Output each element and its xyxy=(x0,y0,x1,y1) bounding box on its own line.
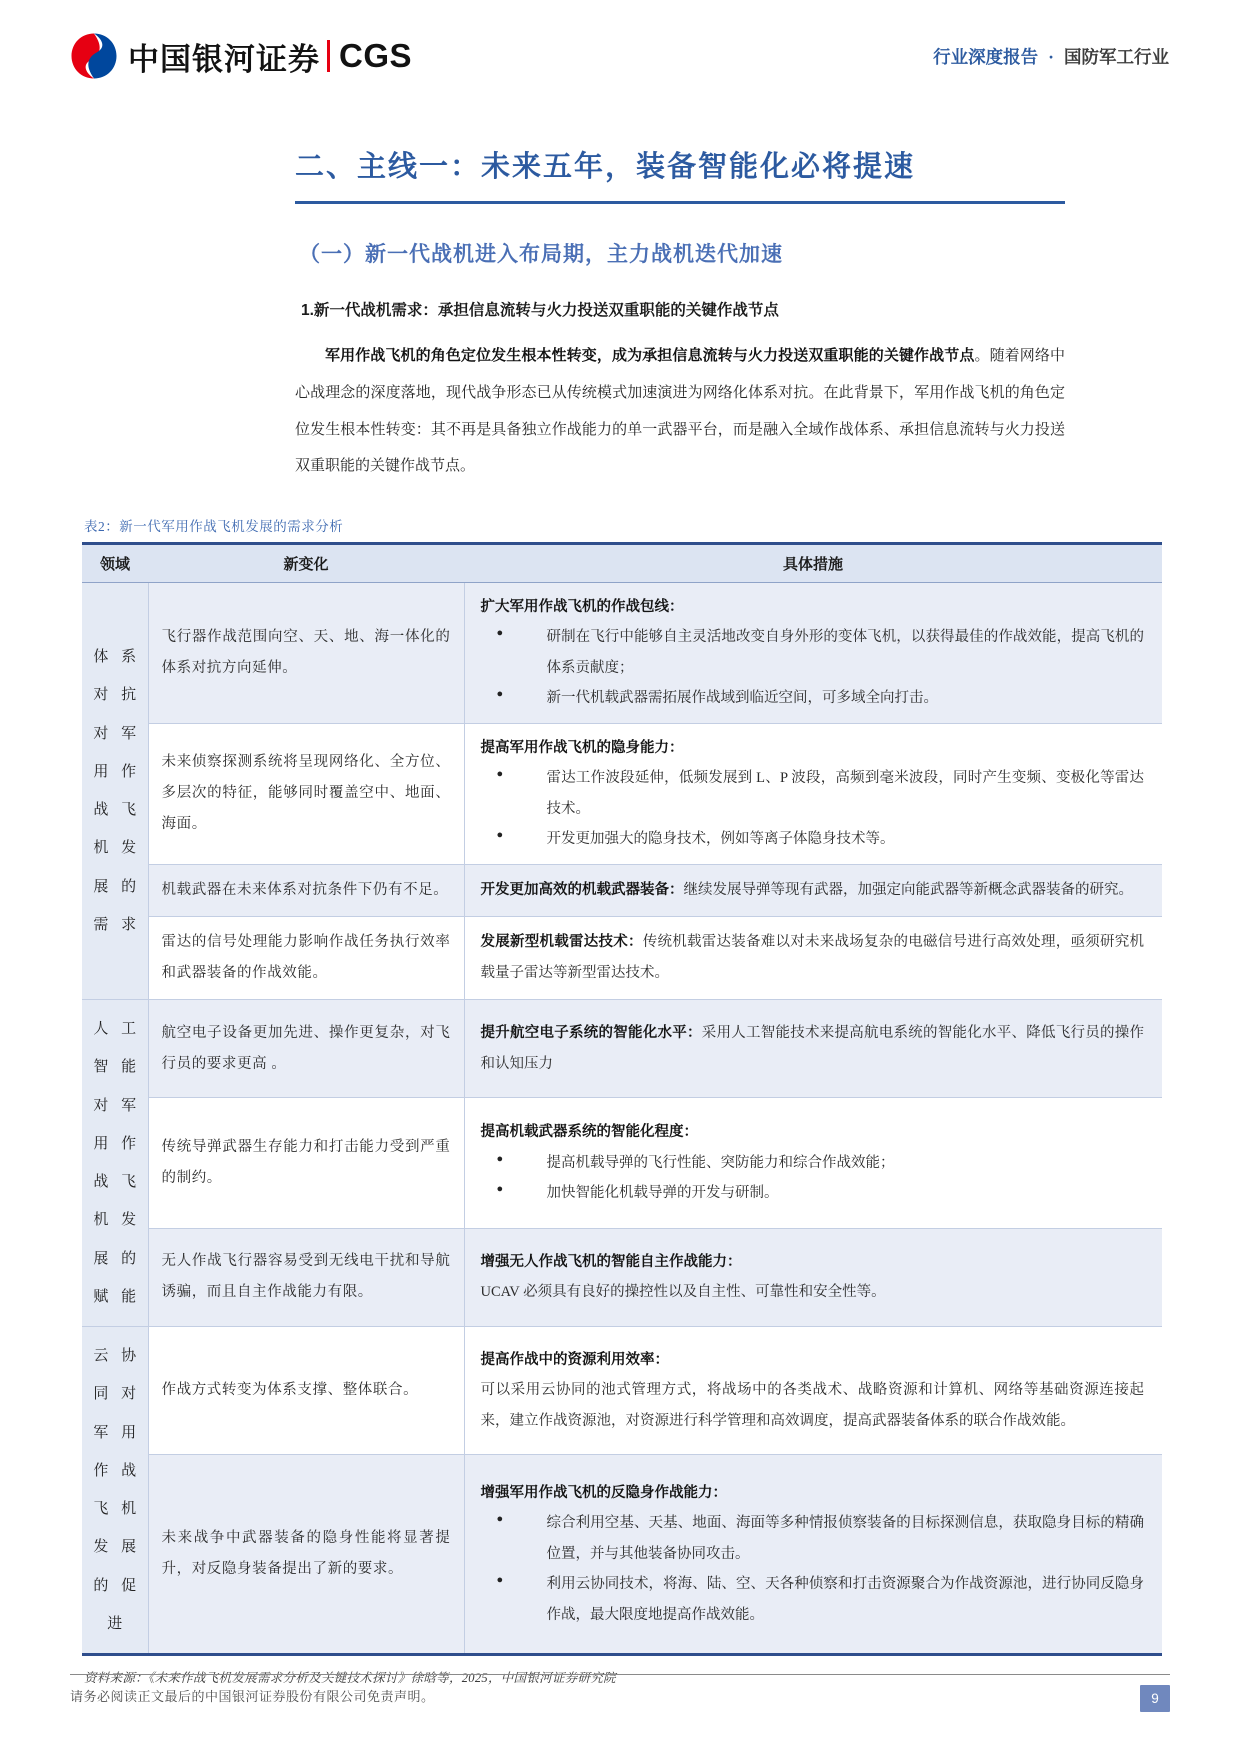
measure-title: 增强军用作战飞机的反隐身作战能力： xyxy=(481,1478,1145,1508)
measure-title: 提高军用作战飞机的隐身能力： xyxy=(481,733,1145,763)
page-footer: 请务必阅读正文最后的中国银河证券股份有限公司免责声明。 9 xyxy=(70,1674,1170,1712)
change-cell: 传统导弹武器生存能力和打击能力受到严重的制约。 xyxy=(148,1098,464,1228)
galaxy-logo-icon xyxy=(70,32,118,80)
requirements-table: 领域 新变化 具体措施 体 系 对 抗 对 军 用 作 战 飞 机 发 展 的 … xyxy=(82,542,1162,1656)
report-type: 行业深度报告 xyxy=(933,47,1038,67)
measure-cell: 开发更加高效的机载武器装备：继续发展导弹等现有武器，加强定向能武器等新概念武器装… xyxy=(464,864,1162,916)
bullet-icon: ● xyxy=(481,763,547,824)
bullet-item: ●开发更加强大的隐身技术，例如等离子体隐身技术等。 xyxy=(481,824,1145,854)
chapter-title: 二、主线一：未来五年，装备智能化必将提速 xyxy=(295,144,1065,204)
separator-dot: · xyxy=(1048,47,1054,67)
domain-label-ai-empowerment: 人 工 智 能 对 军 用 作 战 飞 机 发 展 的 赋 能 xyxy=(82,1000,148,1327)
bullet-icon: ● xyxy=(481,1178,547,1208)
measure-cell: 增强军用作战飞机的反隐身作战能力： ●综合利用空基、天基、地面、海面等多种情报侦… xyxy=(464,1455,1162,1655)
column-header-measure: 具体措施 xyxy=(464,544,1162,583)
change-cell: 航空电子设备更加先进、操作更复杂，对飞行员的要求更高 。 xyxy=(148,1000,464,1098)
bullet-text: 提高机载导弹的飞行性能、突防能力和综合作战效能； xyxy=(547,1148,1145,1178)
measure-cell: 发展新型机载雷达技术：传统机载雷达装备难以对未来战场复杂的电磁信号进行高效处理，… xyxy=(464,916,1162,999)
change-cell: 雷达的信号处理能力影响作战任务执行效率和武器装备的作战效能。 xyxy=(148,916,464,999)
measure-text: 可以采用云协同的池式管理方式，将战场中的各类战术、战略资源和计算机、网络等基础资… xyxy=(481,1375,1145,1436)
brand-name-cn: 中国银河证券 xyxy=(128,34,320,79)
table-block: 表2：新一代军用作战飞机发展的需求分析 领域 新变化 具体措施 体 系 对 抗 … xyxy=(82,515,1162,1686)
change-cell: 机载武器在未来体系对抗条件下仍有不足。 xyxy=(148,864,464,916)
bullet-text: 开发更加强大的隐身技术，例如等离子体隐身技术等。 xyxy=(547,824,1145,854)
measure-title: 发展新型机载雷达技术： xyxy=(481,934,643,950)
measure-title: 提升航空电子系统的智能化水平： xyxy=(481,1025,702,1041)
bullet-item: ●综合利用空基、天基、地面、海面等多种情报侦察装备的目标探测信息，获取隐身目标的… xyxy=(481,1508,1145,1569)
measure-title: 开发更加高效的机载武器装备： xyxy=(481,882,684,898)
intro-paragraph-rest: 。随着网络中心战理念的深度落地，现代战争形态已从传统模式加速演进为网络化体系对抗… xyxy=(295,348,1065,474)
intro-paragraph: 军用作战飞机的角色定位发生根本性转变，成为承担信息流转与火力投送双重职能的关键作… xyxy=(295,338,1065,485)
table-row: 未来侦察探测系统将呈现网络化、全方位、多层次的特征，能够同时覆盖空中、地面、海面… xyxy=(82,723,1162,864)
column-header-domain: 领域 xyxy=(82,544,148,583)
bullet-text: 利用云协同技术，将海、陆、空、天各种侦察和打击资源聚合为作战资源池，进行协同反隐… xyxy=(547,1569,1145,1630)
table-row: 云 协 同 对 军 用 作 战 飞 机 发 展 的 促 进 作战方式转变为体系支… xyxy=(82,1327,1162,1455)
bullet-icon: ● xyxy=(481,824,547,854)
measure-cell: 提高作战中的资源利用效率： 可以采用云协同的池式管理方式，将战场中的各类战术、战… xyxy=(464,1327,1162,1455)
table-row: 传统导弹武器生存能力和打击能力受到严重的制约。 提高机载武器系统的智能化程度： … xyxy=(82,1098,1162,1228)
table-row: 体 系 对 抗 对 军 用 作 战 飞 机 发 展 的 需 求 飞行器作战范围向… xyxy=(82,583,1162,724)
disclaimer-text: 请务必阅读正文最后的中国银河证券股份有限公司免责声明。 xyxy=(70,1686,435,1705)
page-main: 二、主线一：未来五年，装备智能化必将提速 （一）新一代战机进入布局期，主力战机迭… xyxy=(0,144,1241,1686)
table-header-row: 领域 新变化 具体措施 xyxy=(82,544,1162,583)
bullet-item: ●加快智能化机载导弹的开发与研制。 xyxy=(481,1178,1145,1208)
column-header-change: 新变化 xyxy=(148,544,464,583)
bullet-item: ●提高机载导弹的飞行性能、突防能力和综合作战效能； xyxy=(481,1148,1145,1178)
page-number-badge: 9 xyxy=(1140,1685,1170,1712)
article-block: 二、主线一：未来五年，装备智能化必将提速 （一）新一代战机进入布局期，主力战机迭… xyxy=(295,144,1065,485)
table-caption: 表2：新一代军用作战飞机发展的需求分析 xyxy=(84,515,1162,535)
bullet-text: 综合利用空基、天基、地面、海面等多种情报侦察装备的目标探测信息，获取隐身目标的精… xyxy=(547,1508,1145,1569)
change-cell: 作战方式转变为体系支撑、整体联合。 xyxy=(148,1327,464,1455)
measure-inline-text: 继续发展导弹等现有武器，加强定向能武器等新概念武器装备的研究。 xyxy=(684,882,1134,898)
table-row: 雷达的信号处理能力影响作战任务执行效率和武器装备的作战效能。 发展新型机载雷达技… xyxy=(82,916,1162,999)
intro-paragraph-lead: 军用作战飞机的角色定位发生根本性转变，成为承担信息流转与火力投送双重职能的关键作… xyxy=(325,348,974,364)
change-cell: 未来侦察探测系统将呈现网络化、全方位、多层次的特征，能够同时覆盖空中、地面、海面… xyxy=(148,723,464,864)
measure-text: 开发更加高效的机载武器装备：继续发展导弹等现有武器，加强定向能武器等新概念武器装… xyxy=(481,875,1145,905)
bullet-item: ●利用云协同技术，将海、陆、空、天各种侦察和打击资源聚合为作战资源池，进行协同反… xyxy=(481,1569,1145,1630)
table-row: 机载武器在未来体系对抗条件下仍有不足。 开发更加高效的机载武器装备：继续发展导弹… xyxy=(82,864,1162,916)
bullet-icon: ● xyxy=(481,683,547,713)
domain-label-system-confrontation: 体 系 对 抗 对 军 用 作 战 飞 机 发 展 的 需 求 xyxy=(82,583,148,1000)
measure-text: UCAV 必须具有良好的操控性以及自主性、可靠性和安全性等。 xyxy=(481,1277,1145,1307)
measure-cell: 扩大军用作战飞机的作战包线： ●研制在飞行中能够自主灵活地改变自身外形的变体飞机… xyxy=(464,583,1162,724)
table-row: 无人作战飞行器容易受到无线电干扰和导航诱骗，而且自主作战能力有限。 增强无人作战… xyxy=(82,1228,1162,1326)
page-header: 中国银河证券 CGS 行业深度报告·国防军工行业 xyxy=(70,30,1169,82)
bullet-text: 新一代机载武器需拓展作战域到临近空间，可多域全向打击。 xyxy=(547,683,1145,713)
measure-title: 增强无人作战飞机的智能自主作战能力： xyxy=(481,1247,1145,1277)
brand-divider xyxy=(327,40,330,72)
measure-text: 发展新型机载雷达技术：传统机载雷达装备难以对未来战场复杂的电磁信号进行高效处理，… xyxy=(481,927,1145,988)
bullet-text: 雷达工作波段延伸，低频发展到 L、P 波段，高频到毫米波段，同时产生变频、变极化… xyxy=(547,763,1145,824)
section-title: （一）新一代战机进入布局期，主力战机迭代加速 xyxy=(299,238,1065,268)
bullet-item: ●雷达工作波段延伸，低频发展到 L、P 波段，高频到毫米波段，同时产生变频、变极… xyxy=(481,763,1145,824)
measure-cell: 增强无人作战飞机的智能自主作战能力： UCAV 必须具有良好的操控性以及自主性、… xyxy=(464,1228,1162,1326)
measure-cell: 提升航空电子系统的智能化水平：采用人工智能技术来提高航电系统的智能化水平、降低飞… xyxy=(464,1000,1162,1098)
table-row: 未来战争中武器装备的隐身性能将显著提升，对反隐身装备提出了新的要求。 增强军用作… xyxy=(82,1455,1162,1655)
table-row: 人 工 智 能 对 军 用 作 战 飞 机 发 展 的 赋 能 航空电子设备更加… xyxy=(82,1000,1162,1098)
bullet-item: ●研制在飞行中能够自主灵活地改变自身外形的变体飞机，以获得最佳的作战效能，提高飞… xyxy=(481,622,1145,683)
measure-text: 提升航空电子系统的智能化水平：采用人工智能技术来提高航电系统的智能化水平、降低飞… xyxy=(481,1018,1145,1079)
measure-title: 提高作战中的资源利用效率： xyxy=(481,1345,1145,1375)
brand-name-en: CGS xyxy=(339,37,412,75)
report-meta: 行业深度报告·国防军工行业 xyxy=(933,44,1169,69)
bullet-icon: ● xyxy=(481,1148,547,1178)
brand: 中国银河证券 CGS xyxy=(70,32,412,80)
bullet-text: 加快智能化机载导弹的开发与研制。 xyxy=(547,1178,1145,1208)
sub-heading: 1.新一代战机需求：承担信息流转与火力投送双重职能的关键作战节点 xyxy=(301,298,1065,320)
change-cell: 未来战争中武器装备的隐身性能将显著提升，对反隐身装备提出了新的要求。 xyxy=(148,1455,464,1655)
industry-name: 国防军工行业 xyxy=(1064,47,1169,67)
measure-title: 扩大军用作战飞机的作战包线： xyxy=(481,592,1145,622)
bullet-item: ●新一代机载武器需拓展作战域到临近空间，可多域全向打击。 xyxy=(481,683,1145,713)
bullet-icon: ● xyxy=(481,1508,547,1569)
bullet-icon: ● xyxy=(481,1569,547,1630)
bullet-text: 研制在飞行中能够自主灵活地改变自身外形的变体飞机，以获得最佳的作战效能，提高飞机… xyxy=(547,622,1145,683)
measure-title: 提高机载武器系统的智能化程度： xyxy=(481,1117,1145,1147)
change-cell: 无人作战飞行器容易受到无线电干扰和导航诱骗，而且自主作战能力有限。 xyxy=(148,1228,464,1326)
measure-cell: 提高军用作战飞机的隐身能力： ●雷达工作波段延伸，低频发展到 L、P 波段，高频… xyxy=(464,723,1162,864)
domain-label-cloud-collaboration: 云 协 同 对 军 用 作 战 飞 机 发 展 的 促 进 xyxy=(82,1327,148,1655)
measure-cell: 提高机载武器系统的智能化程度： ●提高机载导弹的飞行性能、突防能力和综合作战效能… xyxy=(464,1098,1162,1228)
bullet-icon: ● xyxy=(481,622,547,683)
change-cell: 飞行器作战范围向空、天、地、海一体化的体系对抗方向延伸。 xyxy=(148,583,464,724)
